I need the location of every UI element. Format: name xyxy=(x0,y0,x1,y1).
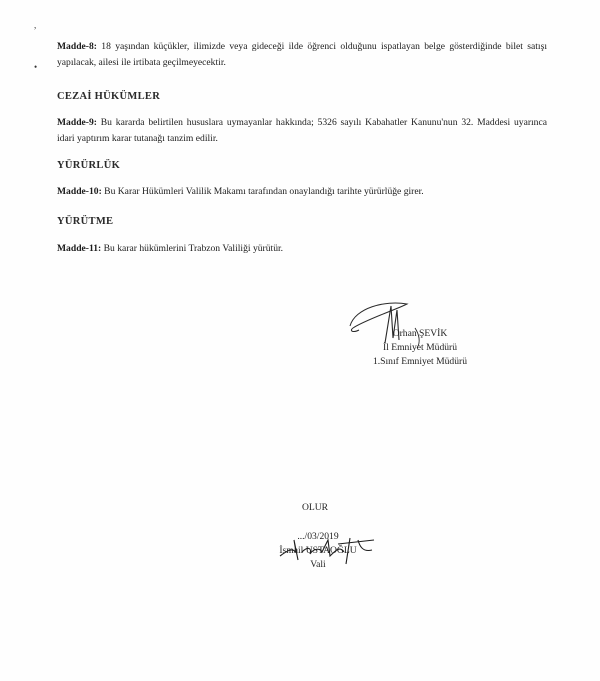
article-11: Madde-11: Bu karar hükümlerini Trabzon V… xyxy=(57,241,547,257)
article-9-label: Madde-9: xyxy=(57,117,97,128)
approval-label: OLUR xyxy=(265,501,365,515)
article-10: Madde-10: Bu Karar Hükümleri Valilik Mak… xyxy=(57,184,547,200)
signatory-name: Orhan ŞEVİK xyxy=(360,327,480,341)
article-9-text: Bu kararda belirtilen hususlara uymayanl… xyxy=(57,117,547,144)
signatory-rank: 1.Sınıf Emniyet Müdürü xyxy=(360,355,480,369)
article-11-text: Bu karar hükümlerini Trabzon Valiliği yü… xyxy=(101,243,283,254)
signatory-police-chief: Orhan ŞEVİK İl Emniyet Müdürü 1.Sınıf Em… xyxy=(360,327,480,369)
document-page: , • Madde-8: 18 yaşından küçükler, ilimi… xyxy=(0,0,600,681)
article-8-text: 18 yaşından küçükler, ilimizde veya gide… xyxy=(57,41,547,68)
article-11-label: Madde-11: xyxy=(57,243,101,254)
article-10-text: Bu Karar Hükümleri Valilik Makamı tarafı… xyxy=(102,186,424,197)
heading-effectiveness: YÜRÜRLÜK xyxy=(57,160,120,171)
article-8: Madde-8: 18 yaşından küçükler, ilimizde … xyxy=(57,39,547,71)
heading-execution: YÜRÜTME xyxy=(57,216,113,227)
margin-mark: , xyxy=(34,20,36,30)
article-10-label: Madde-10: xyxy=(57,186,102,197)
signature-mark-governor xyxy=(278,530,378,570)
margin-bullet: • xyxy=(34,62,37,72)
signatory-title: İl Emniyet Müdürü xyxy=(360,341,480,355)
article-9: Madde-9: Bu kararda belirtilen hususlara… xyxy=(57,115,547,147)
article-8-label: Madde-8: xyxy=(57,41,97,52)
heading-penal-provisions: CEZAİ HÜKÜMLER xyxy=(57,91,160,102)
